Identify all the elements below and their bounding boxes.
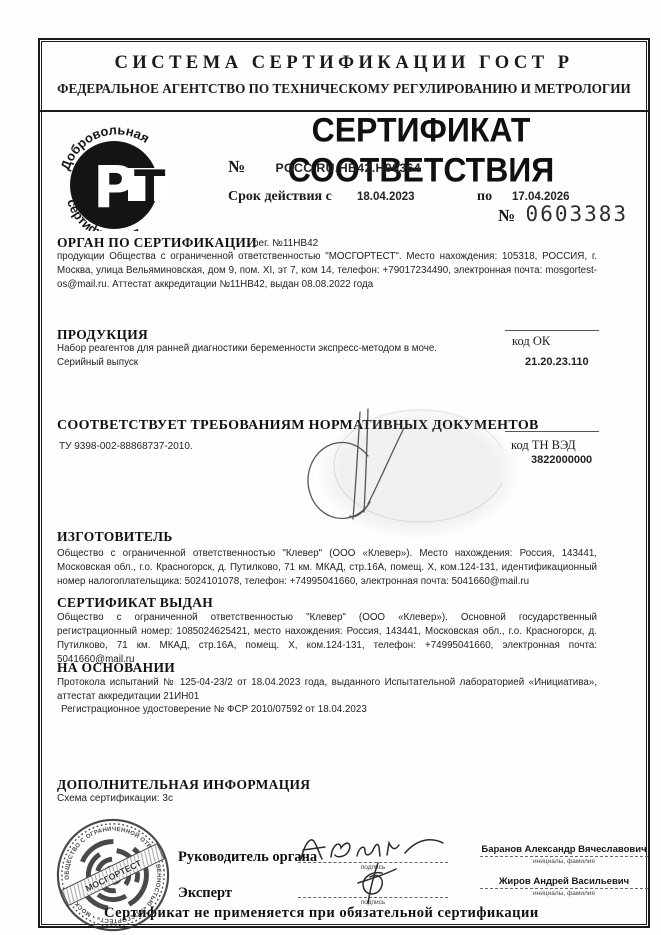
- issued-to-text: Общество с ограниченной ответственностью…: [57, 611, 597, 667]
- product-line1: Набор реагентов для ранней диагностики б…: [57, 342, 502, 356]
- rst-certification-logo-icon: Добровольная Р Т сертификация: [58, 111, 190, 231]
- certification-body-reg: рег. №11НВ42: [253, 238, 318, 249]
- basis-text-line2: Регистрационное удостоверение № ФСР 2010…: [61, 703, 597, 717]
- basis-text-line1: Протокола испытаний № 125-04-23/2 от 18.…: [57, 676, 597, 704]
- certificate-page: СИСТЕМА СЕРТИФИКАЦИИ ГОСТ Р ФЕДЕРАЛЬНОЕ …: [0, 0, 661, 935]
- valid-from-date: 18.04.2023: [357, 191, 415, 203]
- head-name-caption: инициалы, фамилия: [480, 858, 648, 865]
- tnved-code-value: 3822000000: [531, 454, 592, 466]
- head-name: Баранов Александр Вячеславович: [480, 844, 648, 855]
- tnved-code-rule: [505, 431, 599, 432]
- expert-signature: [346, 859, 404, 905]
- validity-label: Срок действия с: [228, 189, 332, 205]
- issued-to-title: СЕРТИФИКАТ ВЫДАН: [57, 595, 213, 611]
- form-number-sign: №: [498, 206, 515, 225]
- additional-info-title: ДОПОЛНИТЕЛЬНАЯ ИНФОРМАЦИЯ: [57, 777, 310, 793]
- certificate-number: РОСС RU.НВ42.Н00364: [276, 161, 422, 175]
- head-name-line: [480, 856, 648, 857]
- manufacturer-title: ИЗГОТОВИТЕЛЬ: [57, 529, 173, 545]
- form-number: 0603383: [526, 202, 629, 226]
- expert-role: Эксперт: [178, 885, 232, 902]
- agency-title: ФЕДЕРАЛЬНОЕ АГЕНТСТВО ПО ТЕХНИЧЕСКОМУ РЕ…: [40, 81, 648, 97]
- tnved-code-label: код ТН ВЭД: [511, 438, 576, 453]
- system-title: СИСТЕМА СЕРТИФИКАЦИИ ГОСТ Р: [38, 53, 650, 74]
- expert-name-caption: инициалы, фамилия: [480, 890, 648, 897]
- logo-letter-t: Т: [134, 160, 166, 214]
- certification-body-title: ОРГАН ПО СЕРТИФИКАЦИИ: [57, 235, 257, 251]
- handwritten-scribble: [290, 404, 502, 528]
- valid-to-label: по: [477, 189, 492, 205]
- conformity-text: ТУ 9398-002-88868737-2010.: [59, 441, 193, 452]
- expert-name: Жиров Андрей Васильевич: [480, 876, 648, 887]
- additional-info-text: Схема сертификации: 3с: [57, 793, 457, 804]
- logo-letter-r: Р: [93, 153, 136, 221]
- product-title: ПРОДУКЦИЯ: [57, 327, 148, 343]
- basis-title: НА ОСНОВАНИИ: [57, 660, 175, 676]
- product-line2: Серийный выпуск: [57, 356, 502, 370]
- okp-code-rule: [505, 330, 599, 331]
- certificate-number-row: № РОСС RU.НВ42.Н00364: [228, 157, 421, 177]
- okp-code-label: код ОК: [512, 334, 550, 349]
- certificate-title: СЕРТИФИКАТ СООТВЕТСТВИЯ: [190, 110, 652, 190]
- product-text: Набор реагентов для ранней диагностики б…: [57, 342, 502, 370]
- certification-body-text: продукции Общества с ограниченной ответс…: [57, 250, 597, 292]
- okp-code-value: 21.20.23.110: [525, 356, 589, 368]
- form-number-row: № 0603383: [498, 202, 628, 226]
- expert-name-line: [480, 888, 648, 889]
- number-sign: №: [228, 157, 245, 176]
- manufacturer-text: Общество с ограниченной ответственностью…: [57, 547, 597, 589]
- certification-body-stamp: ОБЩЕСТВО С ОГРАНИЧЕННОЙ ОТВЕТСТВЕННОСТЬЮ…: [48, 810, 178, 935]
